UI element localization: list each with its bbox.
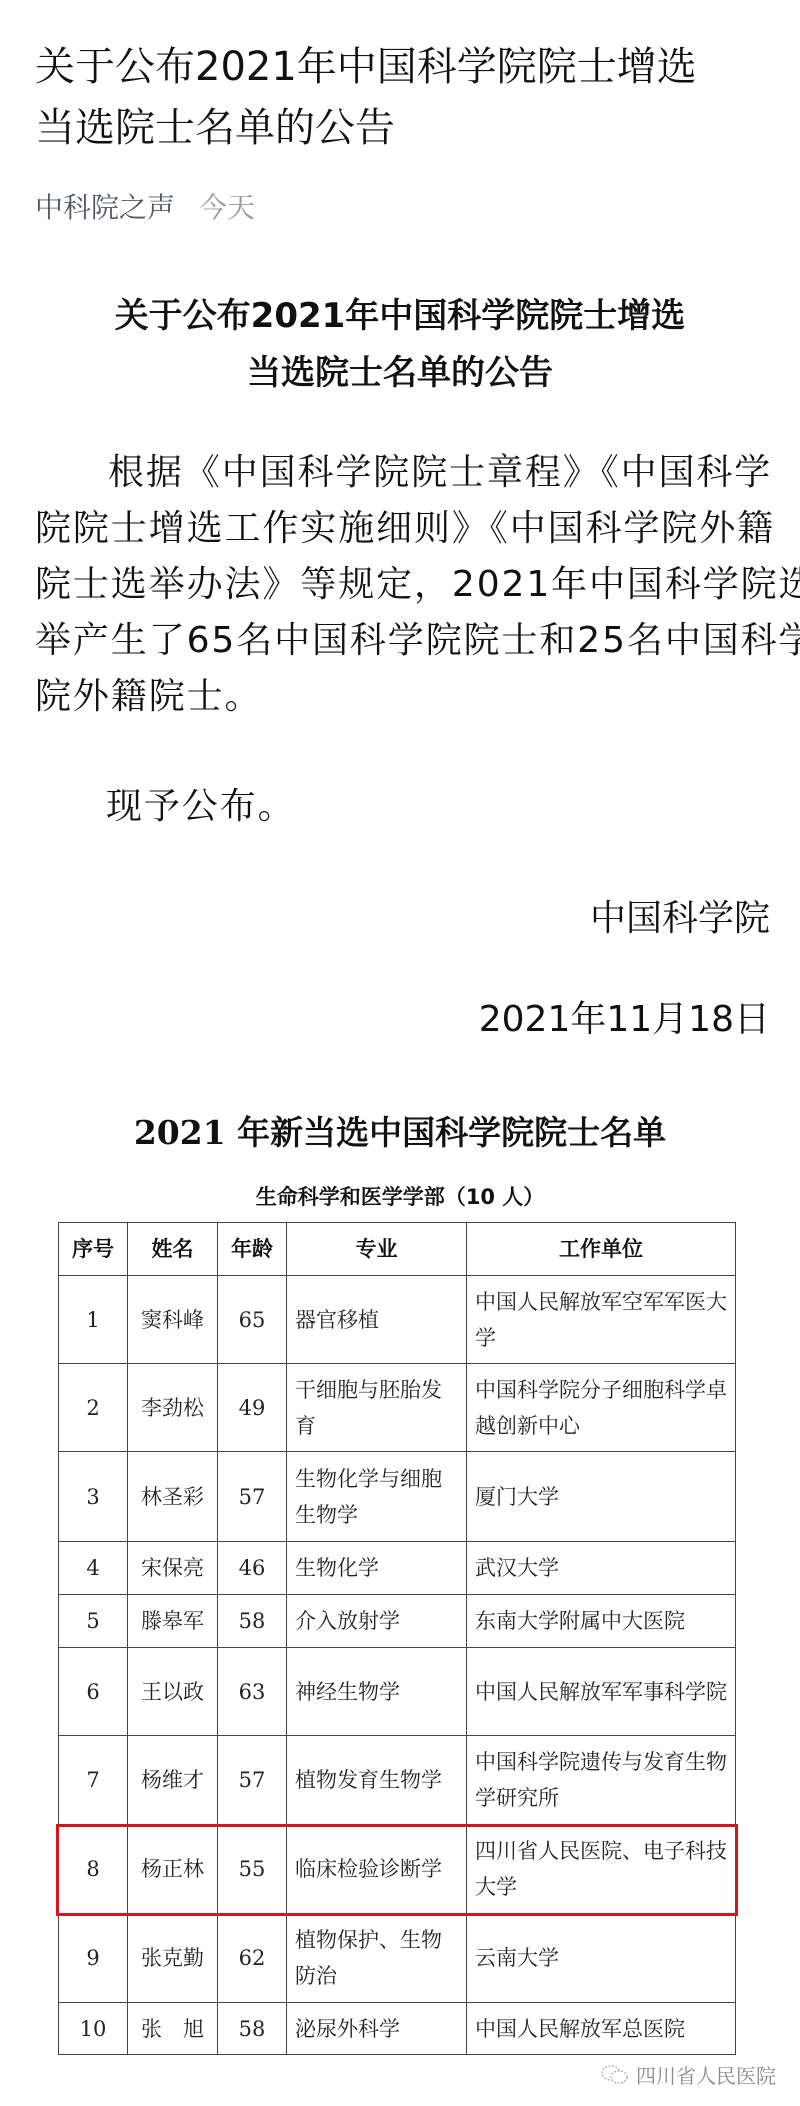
cell-name: 窦科峰 bbox=[128, 1276, 218, 1364]
cell-age: 46 bbox=[218, 1542, 287, 1595]
cell-name: 滕皋军 bbox=[128, 1595, 218, 1648]
table-row-highlighted: 8 杨正林 55 临床检验诊断学 四川省人民医院、电子科技大学 bbox=[59, 1825, 736, 1914]
column-header-age: 年龄 bbox=[218, 1223, 287, 1276]
cell-name: 王以政 bbox=[128, 1648, 218, 1736]
column-header-org: 工作单位 bbox=[467, 1223, 736, 1276]
cell-major: 生物化学 bbox=[287, 1542, 467, 1595]
cell-major: 植物保护、生物防治 bbox=[287, 1914, 467, 2003]
paragraph-line-4: 举产生了65名中国科学院院士和25名中国科学 bbox=[35, 613, 800, 669]
cell-age: 57 bbox=[218, 1736, 287, 1825]
cell-name: 宋保亮 bbox=[128, 1542, 218, 1595]
cell-age: 62 bbox=[218, 1914, 287, 2003]
cell-org: 中国人民解放军空军军医大学 bbox=[467, 1276, 736, 1364]
notice-heading-line-1: 关于公布2021年中国科学院院士增选 bbox=[0, 288, 800, 344]
cell-no: 8 bbox=[59, 1825, 128, 1914]
wechat-icon bbox=[600, 2064, 630, 2086]
cell-age: 57 bbox=[218, 1452, 287, 1542]
signature: 中国科学院 bbox=[590, 891, 770, 947]
cell-org: 东南大学附属中大医院 bbox=[467, 1595, 736, 1648]
cell-no: 6 bbox=[59, 1648, 128, 1736]
cell-age: 65 bbox=[218, 1276, 287, 1364]
cell-no: 1 bbox=[59, 1276, 128, 1364]
roster-section-title: 生命科学和医学学部（10 人） bbox=[0, 1182, 800, 1212]
table-row: 9 张克勤 62 植物保护、生物防治 云南大学 bbox=[59, 1914, 736, 2003]
cell-no: 3 bbox=[59, 1452, 128, 1542]
table-header-row: 序号 姓名 年龄 专业 工作单位 bbox=[59, 1223, 736, 1276]
cell-major: 生物化学与细胞生物学 bbox=[287, 1452, 467, 1542]
table-row: 7 杨维才 57 植物发育生物学 中国科学院遗传与发育生物学研究所 bbox=[59, 1736, 736, 1825]
cell-org: 厦门大学 bbox=[467, 1452, 736, 1542]
cell-no: 5 bbox=[59, 1595, 128, 1648]
cell-name: 张克勤 bbox=[128, 1914, 218, 2003]
notice-heading-line-2: 当选院士名单的公告 bbox=[0, 345, 800, 401]
cell-org: 中国人民解放军总医院 bbox=[467, 2003, 736, 2055]
column-header-name: 姓名 bbox=[128, 1223, 218, 1276]
table-row: 1 窦科峰 65 器官移植 中国人民解放军空军军医大学 bbox=[59, 1276, 736, 1364]
cell-age: 58 bbox=[218, 2003, 287, 2055]
cell-major: 干细胞与胚胎发育 bbox=[287, 1364, 467, 1452]
cell-name: 张 旭 bbox=[128, 2003, 218, 2055]
table-row: 4 宋保亮 46 生物化学 武汉大学 bbox=[59, 1542, 736, 1595]
paragraph-line-3: 院士选举办法》等规定，2021年中国科学院选 bbox=[35, 557, 800, 613]
cell-no: 10 bbox=[59, 2003, 128, 2055]
cell-no: 9 bbox=[59, 1914, 128, 2003]
table-row: 3 林圣彩 57 生物化学与细胞生物学 厦门大学 bbox=[59, 1452, 736, 1542]
cell-org: 中国科学院遗传与发育生物学研究所 bbox=[467, 1736, 736, 1825]
cell-major: 泌尿外科学 bbox=[287, 2003, 467, 2055]
table-row: 10 张 旭 58 泌尿外科学 中国人民解放军总医院 bbox=[59, 2003, 736, 2055]
table-row: 5 滕皋军 58 介入放射学 东南大学附属中大医院 bbox=[59, 1595, 736, 1648]
article-title-line-1: 关于公布2021年中国科学院院士增选 bbox=[35, 37, 697, 97]
paragraph-line-2: 院院士增选工作实施细则》《中国科学院外籍 bbox=[35, 501, 775, 557]
cell-no: 4 bbox=[59, 1542, 128, 1595]
cell-age: 63 bbox=[218, 1648, 287, 1736]
article-title-line-2: 当选院士名单的公告 bbox=[35, 98, 395, 158]
paragraph-line-5: 院外籍院士。 bbox=[35, 669, 262, 725]
cell-age: 55 bbox=[218, 1825, 287, 1914]
cell-name: 杨正林 bbox=[128, 1825, 218, 1914]
publish-time: 今天 bbox=[199, 191, 255, 224]
cell-name: 杨维才 bbox=[128, 1736, 218, 1825]
table-row: 6 王以政 63 神经生物学 中国人民解放军军事科学院 bbox=[59, 1648, 736, 1736]
cell-major: 介入放射学 bbox=[287, 1595, 467, 1648]
article-meta: 中科院之声今天 bbox=[35, 188, 255, 228]
column-header-major: 专业 bbox=[287, 1223, 467, 1276]
paragraph-line-1: 根据《中国科学院院士章程》《中国科学 bbox=[108, 445, 772, 501]
cell-org: 中国人民解放军军事科学院 bbox=[467, 1648, 736, 1736]
cell-org: 四川省人民医院、电子科技大学 bbox=[467, 1825, 736, 1914]
cell-major: 植物发育生物学 bbox=[287, 1736, 467, 1825]
cell-name: 李劲松 bbox=[128, 1364, 218, 1452]
cell-org: 中国科学院分子细胞科学卓越创新中心 bbox=[467, 1364, 736, 1452]
announce-text: 现予公布。 bbox=[106, 779, 296, 835]
roster-table: 序号 姓名 年龄 专业 工作单位 1 窦科峰 65 器官移植 中国人民解放军空军… bbox=[58, 1222, 736, 2055]
cell-major: 器官移植 bbox=[287, 1276, 467, 1364]
cell-age: 58 bbox=[218, 1595, 287, 1648]
table-row: 2 李劲松 49 干细胞与胚胎发育 中国科学院分子细胞科学卓越创新中心 bbox=[59, 1364, 736, 1452]
cell-no: 2 bbox=[59, 1364, 128, 1452]
cell-major: 临床检验诊断学 bbox=[287, 1825, 467, 1914]
cell-age: 49 bbox=[218, 1364, 287, 1452]
cell-major: 神经生物学 bbox=[287, 1648, 467, 1736]
cell-no: 7 bbox=[59, 1736, 128, 1825]
cell-org: 云南大学 bbox=[467, 1914, 736, 2003]
watermark: 四川省人民医院 bbox=[600, 2060, 776, 2089]
roster-title: 2021 年新当选中国科学院院士名单 bbox=[0, 1110, 800, 1156]
cell-org: 武汉大学 bbox=[467, 1542, 736, 1595]
notice-date: 2021年11月18日 bbox=[479, 992, 770, 1048]
watermark-text: 四川省人民医院 bbox=[636, 2060, 776, 2089]
account-name-link[interactable]: 中科院之声 bbox=[35, 191, 175, 224]
column-header-no: 序号 bbox=[59, 1223, 128, 1276]
cell-name: 林圣彩 bbox=[128, 1452, 218, 1542]
